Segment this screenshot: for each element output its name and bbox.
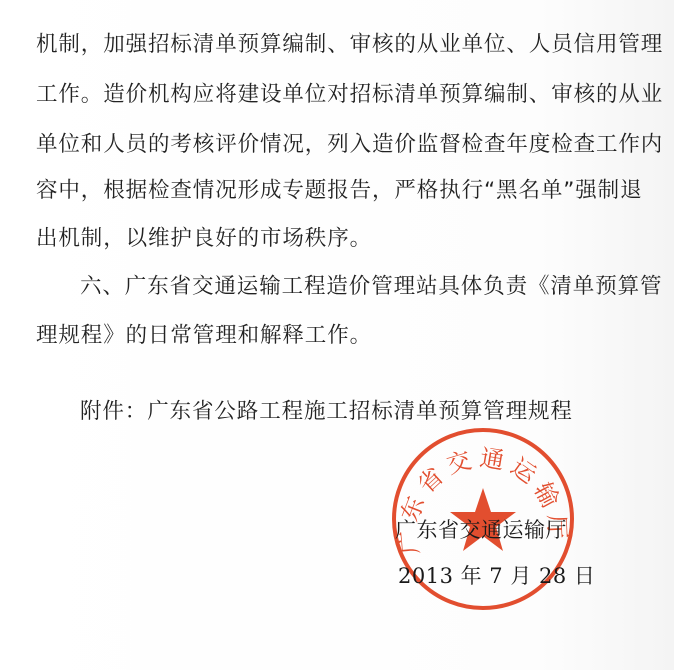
issuer-name: 广东省交通运输厅 bbox=[395, 514, 567, 544]
attachment-line: 附件：广东省公路工程施工招标清单预算管理规程 bbox=[80, 398, 573, 426]
body-line: 理规程》的日常管理和解释工作。 bbox=[36, 322, 372, 350]
body-line: 机制，加强招标清单预算编制、审核的从业单位、人员信用管理 bbox=[36, 31, 663, 59]
issue-date: 2013 年 7 月 28 日 bbox=[398, 560, 595, 590]
body-line: 容中，根据检查情况形成专题报告，严格执行“黑名单”强制退 bbox=[36, 177, 642, 205]
document-page: 机制，加强招标清单预算编制、审核的从业单位、人员信用管理 工作。造价机构应将建设… bbox=[0, 0, 674, 670]
body-line: 工作。造价机构应将建设单位对招标清单预算编制、审核的从业 bbox=[36, 81, 663, 109]
body-line: 六、广东省交通运输工程造价管理站具体负责《清单预算管 bbox=[80, 273, 662, 301]
body-line: 单位和人员的考核评价情况，列入造价监督检查年度检查工作内 bbox=[36, 131, 663, 159]
body-line: 出机制，以维护良好的市场秩序。 bbox=[36, 225, 372, 253]
